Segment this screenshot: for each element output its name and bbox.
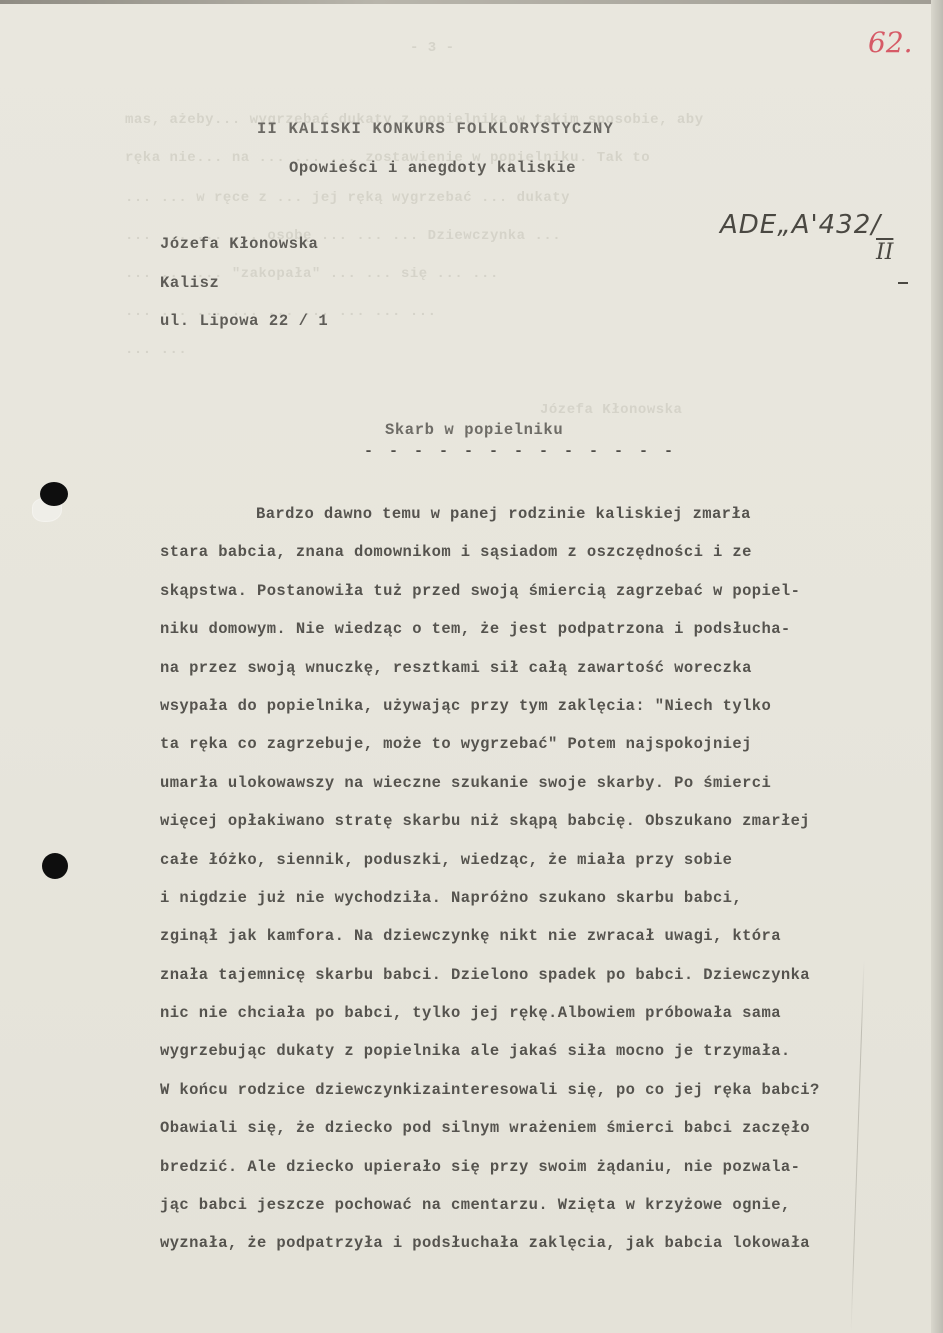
author-city: Kalisz (160, 274, 219, 292)
story-line: wygrzebując dukaty z popielnika ale jaka… (160, 1032, 920, 1070)
story-line: znała tajemnicę skarbu babci. Dzielono s… (160, 956, 920, 994)
page-top-edge (0, 0, 943, 4)
document-page: - 3 - mas, ażeby... wygrzebać dukaty z p… (0, 0, 943, 1333)
story-title: Skarb w popielniku (385, 421, 563, 439)
story-title-underline: - - - - - - - - - - - - - (364, 443, 677, 460)
story-line: wyznała, że podpatrzyła i podsłuchała za… (160, 1224, 920, 1262)
story-line: W końcu rodzice dziewczynkizainteresowal… (160, 1071, 920, 1109)
story-line: i nigdzie już nie wychodziła. Napróżno s… (160, 879, 920, 917)
story-line: na przez swoją wnuczkę, resztkami sił ca… (160, 649, 920, 687)
story-line: niku domowym. Nie wiedząc o tem, że jest… (160, 610, 920, 648)
story-line: umarła ulokowawszy na wieczne szukanie s… (160, 764, 920, 802)
story-line: więcej opłakiwano stratę skarbu niż skąp… (160, 802, 920, 840)
story-line: nic nie chciała po babci, tylko jej rękę… (160, 994, 920, 1032)
collection-subtitle: Opowieści i anegdoty kaliskie (289, 159, 576, 177)
signature-underline-mark (898, 282, 908, 284)
story-line: ta ręka co zagrzebuje, może to wygrzebać… (160, 725, 920, 763)
story-line: bredzić. Ale dziecko upierało się przy s… (160, 1148, 920, 1186)
archive-signature: ADE„A'432/ (720, 210, 881, 240)
story-line: stara babcia, znana domownikom i sąsiado… (160, 533, 920, 571)
story-line: Bardzo dawno temu w panej rodzinie kalis… (160, 495, 920, 533)
story-line: zginął jak kamfora. Na dziewczynkę nikt … (160, 917, 920, 955)
author-address: ul. Lipowa 22 / 1 (160, 312, 328, 330)
story-line: całe łóżko, siennik, poduszki, wiedząc, … (160, 841, 920, 879)
bleed-through-text: - 3 - (410, 40, 455, 56)
page-right-edge (931, 0, 943, 1333)
author-name: Józefa Kłonowska (160, 235, 318, 253)
bleed-through-text: ... ... w ręce z ... jej ręką wygrzebać … (125, 190, 570, 206)
archive-signature-part: II (876, 240, 893, 265)
story-line: wsypała do popielnika, używając przy tym… (160, 687, 920, 725)
bleed-through-text: ... ... (125, 342, 187, 358)
contest-title: II KALISKI KONKURS FOLKLORYSTYCZNY (257, 120, 614, 138)
page-number: 62. (868, 26, 913, 59)
punch-hole (40, 482, 68, 506)
story-body: Bardzo dawno temu w panej rodzinie kalis… (160, 495, 920, 1263)
story-line: jąc babci jeszcze pochować na cmentarzu.… (160, 1186, 920, 1224)
punch-hole (42, 853, 68, 879)
story-line: skąpstwa. Postanowiła tuż przed swoją śm… (160, 572, 920, 610)
bleed-through-text: Józefa Kłonowska (540, 402, 682, 418)
story-line: Obawiali się, że dziecko pod silnym wraż… (160, 1109, 920, 1147)
